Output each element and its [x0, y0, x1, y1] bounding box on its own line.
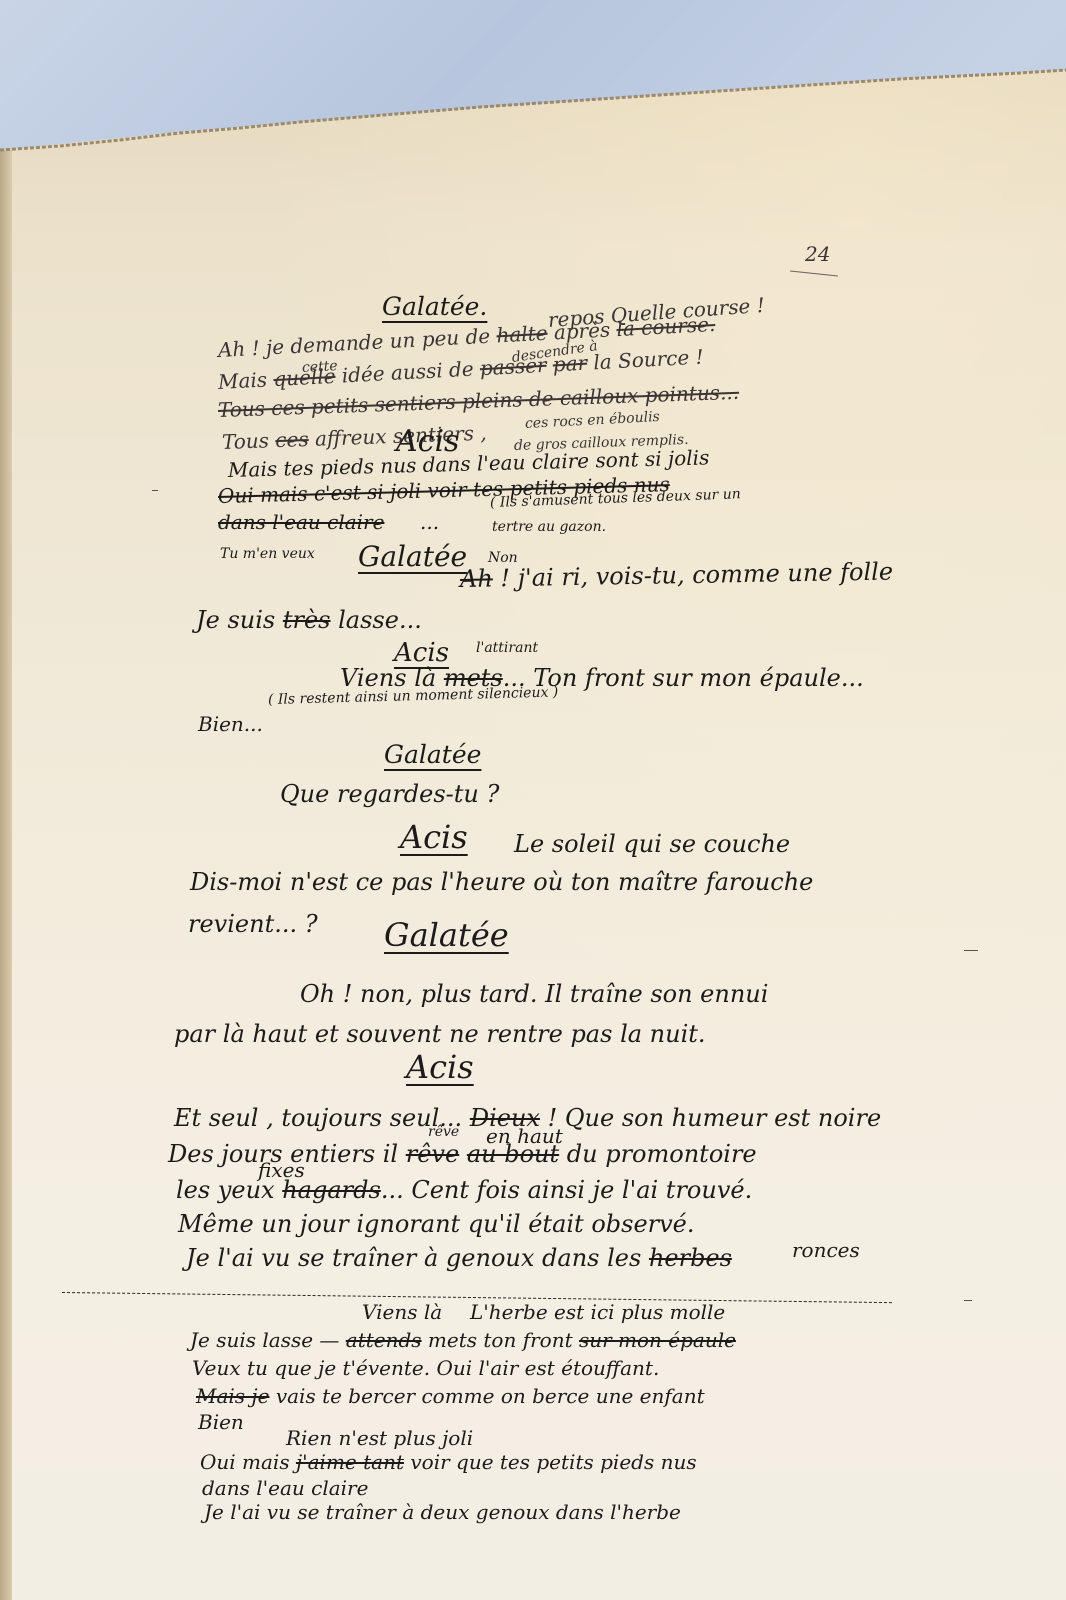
interlinear-insertion: Viens là — [362, 1300, 442, 1324]
manuscript-line: Mais je vais te bercer comme on berce un… — [196, 1384, 705, 1408]
speaker-galatee: Galatée — [358, 540, 467, 573]
margin-mark — [964, 950, 978, 951]
manuscript-line: dans l'eau claire — [202, 1476, 368, 1500]
interlinear-insertion: ces rocs en éboulis — [525, 409, 661, 432]
speaker-acis: Acis — [406, 1048, 474, 1086]
manuscript-line: Je suis lasse — attends mets ton front s… — [190, 1328, 736, 1352]
manuscript-line: Que regardes-tu ? — [280, 780, 499, 808]
manuscript-line: Le soleil qui se couche — [514, 830, 790, 858]
manuscript-line: Je l'ai vu se traîner à genoux dans les … — [186, 1244, 732, 1272]
manuscript-line: les yeux hagards... Cent fois ainsi je l… — [176, 1176, 752, 1204]
speaker-galatee: Galatée. — [382, 292, 487, 321]
manuscript-page: 24 Galatée. repos Quelle course ! Ah ! j… — [0, 0, 1066, 1600]
interlinear-insertion: L'herbe est ici plus molle — [470, 1300, 725, 1324]
speaker-galatee: Galatée — [384, 740, 481, 769]
manuscript-line: Dis-moi n'est ce pas l'heure où ton maît… — [190, 868, 813, 896]
manuscript-line: Bien — [198, 1410, 244, 1434]
manuscript-line: Ah ! j'ai ri, vois-tu, comme une folle — [460, 557, 894, 593]
manuscript-line: Je l'ai vu se traîner à deux genoux dans… — [204, 1500, 681, 1524]
stage-direction: tertre au gazon. — [492, 519, 606, 535]
interlinear-insertion: ronces — [792, 1238, 860, 1262]
manuscript-line: Veux tu que je t'évente. Oui l'air est é… — [192, 1356, 659, 1380]
page-number-underline — [790, 270, 838, 276]
manuscript-line: Tu m'en veux — [220, 546, 315, 562]
manuscript-line: Oui mais j'aime tant voir que tes petits… — [200, 1450, 697, 1474]
manuscript-line: Bien... — [198, 712, 263, 736]
ellipsis: ... — [420, 510, 439, 534]
manuscript-line: Même un jour ignorant qu'il était observ… — [178, 1210, 695, 1238]
struck-line: dans l'eau claire — [218, 510, 384, 534]
manuscript-line: Oh ! non, plus tard. Il traîne son ennui — [300, 980, 768, 1008]
manuscript-line: Des jours entiers il rêve au bout du pro… — [168, 1140, 757, 1168]
page-left-edge — [0, 140, 12, 1600]
manuscript-line: Je suis très lasse... — [196, 606, 422, 634]
margin-mark — [964, 1300, 972, 1301]
interlinear-insertion: Rien n'est plus joli — [286, 1426, 473, 1450]
speaker-galatee: Galatée — [384, 916, 509, 954]
stage-direction: l'attirant — [476, 640, 538, 656]
manuscript-line: revient... ? — [188, 910, 318, 938]
interlinear-insertion: rêve — [428, 1124, 459, 1140]
margin-mark — [152, 490, 158, 491]
speaker-acis: Acis — [400, 818, 468, 856]
manuscript-line: par là haut et souvent ne rentre pas la … — [174, 1020, 706, 1048]
stage-direction: ( Ils restent ainsi un moment silencieux… — [268, 684, 559, 708]
page-number: 24 — [805, 242, 830, 266]
